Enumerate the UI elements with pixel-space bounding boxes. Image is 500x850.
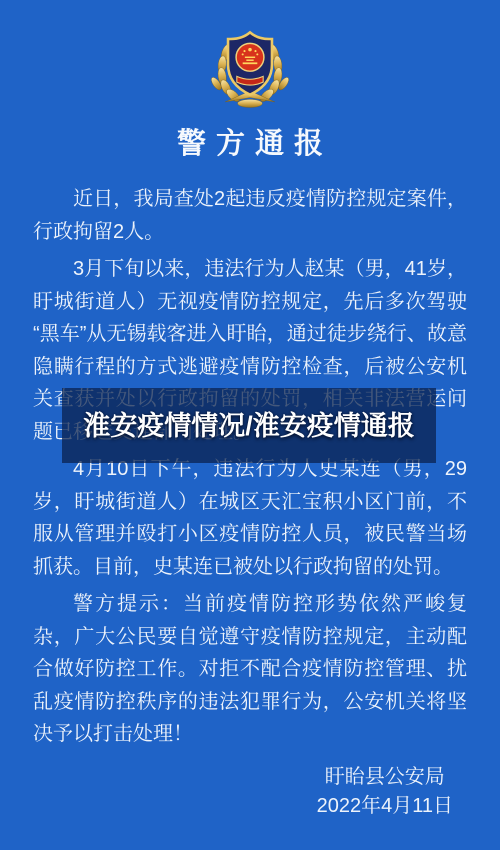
notice-title: 警方通报 — [0, 121, 500, 162]
notice-paragraph-3: 4月10日下午，违法行为人史某连（男，29岁，盱城街道人）在城区天汇宝积小区门前… — [33, 453, 467, 583]
police-notice-poster: 警方通报 近日，我局查处2起违反疫情防控规定案件，行政拘留2人。 3月下旬以来，… — [0, 0, 500, 850]
notice-body: 近日，我局查处2起违反疫情防控规定案件，行政拘留2人。 3月下旬以来，违法行为人… — [33, 183, 467, 821]
notice-paragraph-1: 近日，我局查处2起违反疫情防控规定案件，行政拘留2人。 — [33, 183, 467, 248]
police-badge-icon — [206, 28, 294, 110]
signature-agency: 盱眙县公安局 — [317, 763, 453, 792]
headline-overlay-title: 淮安疫情情况/淮安疫情通报 — [77, 407, 421, 445]
signature-date: 2022年4月11日 — [317, 792, 453, 821]
headline-overlay: 淮安疫情情况/淮安疫情通报 — [62, 388, 436, 463]
signature-block: 盱眙县公安局 2022年4月11日 — [317, 763, 453, 821]
notice-paragraph-4: 警方提示：当前疫情防控形势依然严峻复杂，广大公民要自觉遵守疫情防控规定，主动配合… — [33, 588, 467, 751]
